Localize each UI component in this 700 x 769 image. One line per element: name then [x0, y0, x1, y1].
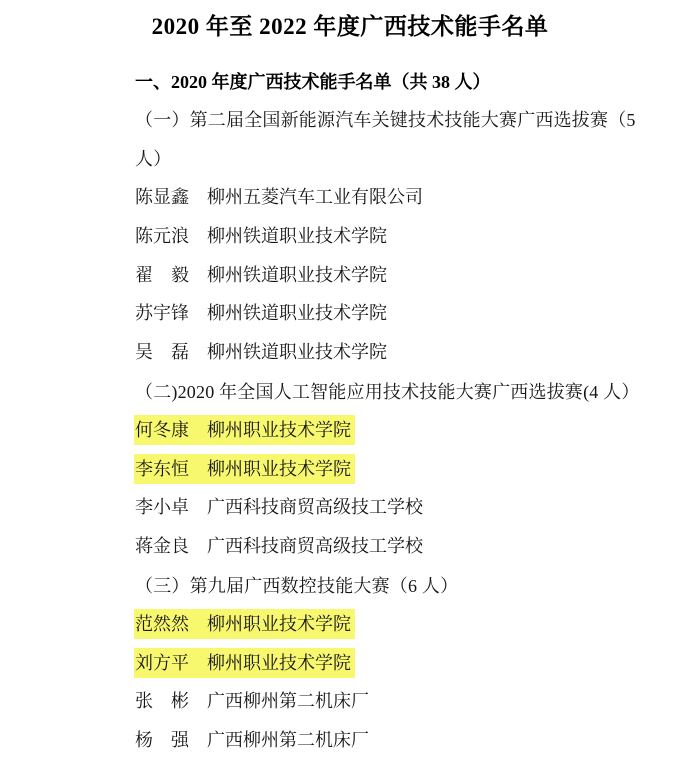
entry-org: 柳州职业技术学院: [207, 649, 351, 675]
entry-text: 李小卓广西科技商贸高级技工学校: [134, 492, 427, 522]
subsection-heading-text: （一）第二届全国新能源汽车关键技术技能大赛广西选拔赛（5: [135, 106, 636, 132]
entry-text: 陈显鑫柳州五菱汽车工业有限公司: [134, 182, 427, 212]
entry-org: 柳州职业技术学院: [207, 416, 351, 442]
entry-row: 李东恒柳州职业技术学院: [135, 449, 700, 488]
entry-text: 刘方平柳州职业技术学院: [134, 648, 355, 678]
entry-org: 柳州铁道职业技术学院: [207, 261, 387, 287]
entry-text: 蒋金良广西科技商贸高级技工学校: [134, 531, 427, 561]
entry-row: 翟 毅柳州铁道职业技术学院: [135, 255, 700, 294]
entry-name: 范然然: [135, 610, 189, 636]
entry-name: 陈显鑫: [135, 183, 189, 209]
entry-text: 李东恒柳州职业技术学院: [134, 454, 355, 484]
entry-row: 陈元浪柳州铁道职业技术学院: [135, 216, 700, 255]
entry-org: 柳州铁道职业技术学院: [207, 338, 387, 364]
subsection-heading: （二)2020 年全国人工智能应用技术技能大赛广西选拔赛(4 人）: [135, 372, 700, 411]
entry-row: 杨 强广西柳州第二机床厂: [135, 721, 700, 760]
entry-row: 吴 磊柳州铁道职业技术学院: [135, 333, 700, 372]
entry-name: 蒋金良: [135, 532, 189, 558]
section-heading: 一、2020 年度广西技术能手名单（共 38 人）: [135, 61, 700, 100]
entry-text: 陈元浪柳州铁道职业技术学院: [134, 221, 391, 251]
entry-org: 广西柳州第二机床厂: [207, 726, 369, 752]
entry-org: 广西科技商贸高级技工学校: [207, 532, 423, 558]
entry-org: 柳州铁道职业技术学院: [207, 299, 387, 325]
entry-text: 苏宇锋柳州铁道职业技术学院: [134, 298, 391, 328]
entry-name: 何冬康: [135, 416, 189, 442]
entry-text: 范然然柳州职业技术学院: [134, 609, 355, 639]
entry-name: 杨 强: [135, 726, 189, 752]
entry-text: 何冬康柳州职业技术学院: [134, 415, 355, 445]
entry-name: 李小卓: [135, 493, 189, 519]
entry-name: 吴 磊: [135, 338, 189, 364]
entry-row: 刘方平柳州职业技术学院: [135, 643, 700, 682]
entry-row: 张 彬广西柳州第二机床厂: [135, 682, 700, 721]
name-list: （一）第二届全国新能源汽车关键技术技能大赛广西选拔赛（5 人） 陈显鑫柳州五菱汽…: [135, 100, 700, 760]
entry-row: 范然然柳州职业技术学院: [135, 604, 700, 643]
entry-org: 柳州职业技术学院: [207, 610, 351, 636]
entry-name: 陈元浪: [135, 222, 189, 248]
entry-row: 李小卓广西科技商贸高级技工学校: [135, 488, 700, 527]
entry-name: 张 彬: [135, 687, 189, 713]
entry-name: 翟 毅: [135, 261, 189, 287]
subsection-heading: （一）第二届全国新能源汽车关键技术技能大赛广西选拔赛（5: [135, 100, 700, 139]
entry-org: 柳州铁道职业技术学院: [207, 222, 387, 248]
entry-text: 翟 毅柳州铁道职业技术学院: [134, 260, 391, 290]
entry-org: 柳州五菱汽车工业有限公司: [207, 183, 423, 209]
entry-row: 蒋金良广西科技商贸高级技工学校: [135, 527, 700, 566]
entry-text: 张 彬广西柳州第二机床厂: [134, 686, 373, 716]
subsection-heading: （三）第九届广西数控技能大赛（6 人）: [135, 566, 700, 605]
entry-name: 苏宇锋: [135, 299, 189, 325]
entry-org: 柳州职业技术学院: [207, 455, 351, 481]
entry-org: 广西科技商贸高级技工学校: [207, 493, 423, 519]
document-page: 2020 年至 2022 年度广西技术能手名单 一、2020 年度广西技术能手名…: [0, 0, 700, 769]
entry-org: 广西柳州第二机床厂: [207, 687, 369, 713]
entry-text: 吴 磊柳州铁道职业技术学院: [134, 337, 391, 367]
entry-row: 何冬康柳州职业技术学院: [135, 410, 700, 449]
subsection-heading: 人）: [135, 139, 700, 178]
entry-row: 苏宇锋柳州铁道职业技术学院: [135, 294, 700, 333]
entry-name: 刘方平: [135, 649, 189, 675]
entry-text: 杨 强广西柳州第二机床厂: [134, 725, 373, 755]
entry-name: 李东恒: [135, 455, 189, 481]
subsection-heading-text: 人）: [135, 145, 171, 171]
subsection-heading-text: （三）第九届广西数控技能大赛（6 人）: [135, 572, 458, 598]
entry-row: 陈显鑫柳州五菱汽车工业有限公司: [135, 178, 700, 217]
subsection-heading-text: （二)2020 年全国人工智能应用技术技能大赛广西选拔赛(4 人）: [135, 378, 640, 404]
document-title: 2020 年至 2022 年度广西技术能手名单: [0, 0, 700, 42]
